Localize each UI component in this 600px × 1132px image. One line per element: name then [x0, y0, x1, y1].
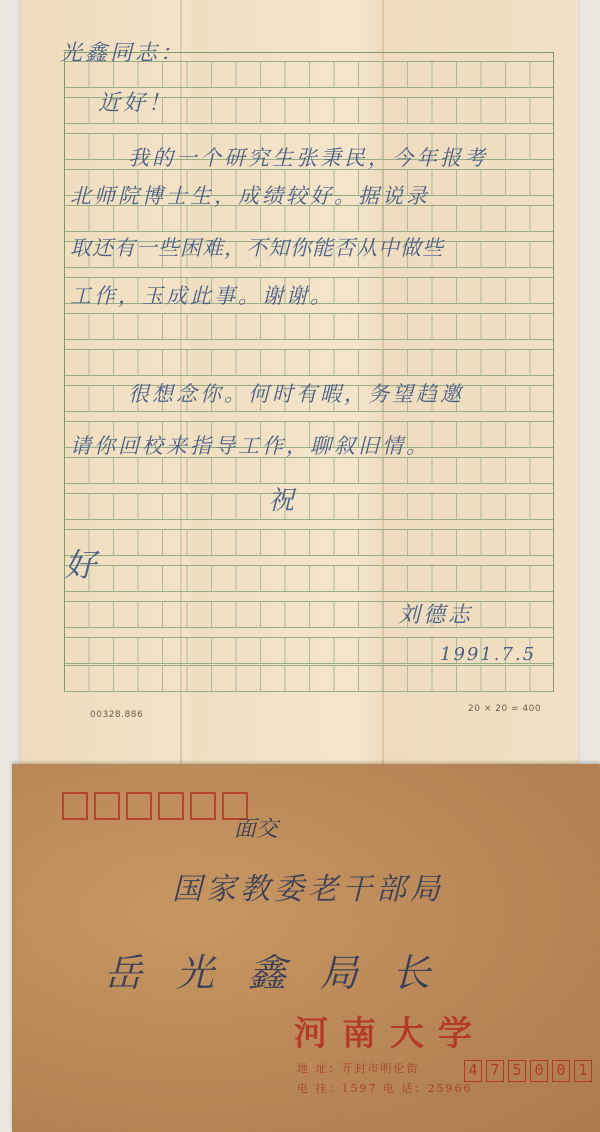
signature: 刘德志 — [398, 598, 473, 629]
postcode-digit: 0 — [530, 1060, 548, 1082]
closing-wish-2: 好 — [64, 540, 99, 586]
postcode-digit: 1 — [574, 1060, 592, 1082]
body-line: 我的一个研究生张秉民，今年报考 — [128, 142, 488, 172]
body-line: 北师院博士生，成绩较好。据说录 — [70, 180, 430, 210]
postcode-digit: 0 — [552, 1060, 570, 1082]
body-line: 取还有一些困难，不知你能否从中做些 — [70, 232, 444, 262]
delivery-note: 面交 — [234, 812, 278, 843]
closing-wish: 祝 — [268, 480, 297, 517]
sender-phone: 电 挂：1597 电 话：25966 — [297, 1080, 472, 1096]
postcode-digit: 7 — [486, 1060, 504, 1082]
recipient-name: 岳光鑫局长 — [104, 942, 464, 997]
recipient-postcode-boxes — [62, 792, 248, 820]
sender-university-name: 河南大学 — [294, 1006, 486, 1055]
letter-date: 1991.7.5 — [440, 644, 536, 665]
body-line: 很想念你。何时有暇，务望趋邀 — [128, 378, 464, 408]
recipient-organization: 国家教委老干部局 — [172, 864, 444, 908]
body-line: 请你回校来指导工作，聊叙旧情。 — [70, 430, 430, 460]
postcode-digit: 5 — [508, 1060, 526, 1082]
salutation: 光鑫同志： — [60, 36, 185, 67]
sender-address: 地 址：开封市明伦街 — [297, 1060, 420, 1076]
body-line: 工作，玉成此事。谢谢。 — [70, 280, 334, 310]
sender-postcode: 4 7 5 0 0 1 — [464, 1060, 592, 1082]
paper-serial: 00328.886 — [90, 710, 143, 720]
greeting: 近好！ — [98, 86, 173, 117]
paper-spec: 20 × 20 = 400 — [468, 704, 541, 714]
letter-paper: 光鑫同志： 近好！ 我的一个研究生张秉民，今年报考 北师院博士生，成绩较好。据说… — [20, 0, 578, 800]
postcode-digit: 4 — [464, 1060, 482, 1082]
envelope: 面交 国家教委老干部局 岳光鑫局长 河南大学 地 址：开封市明伦街 电 挂：15… — [12, 764, 600, 1132]
